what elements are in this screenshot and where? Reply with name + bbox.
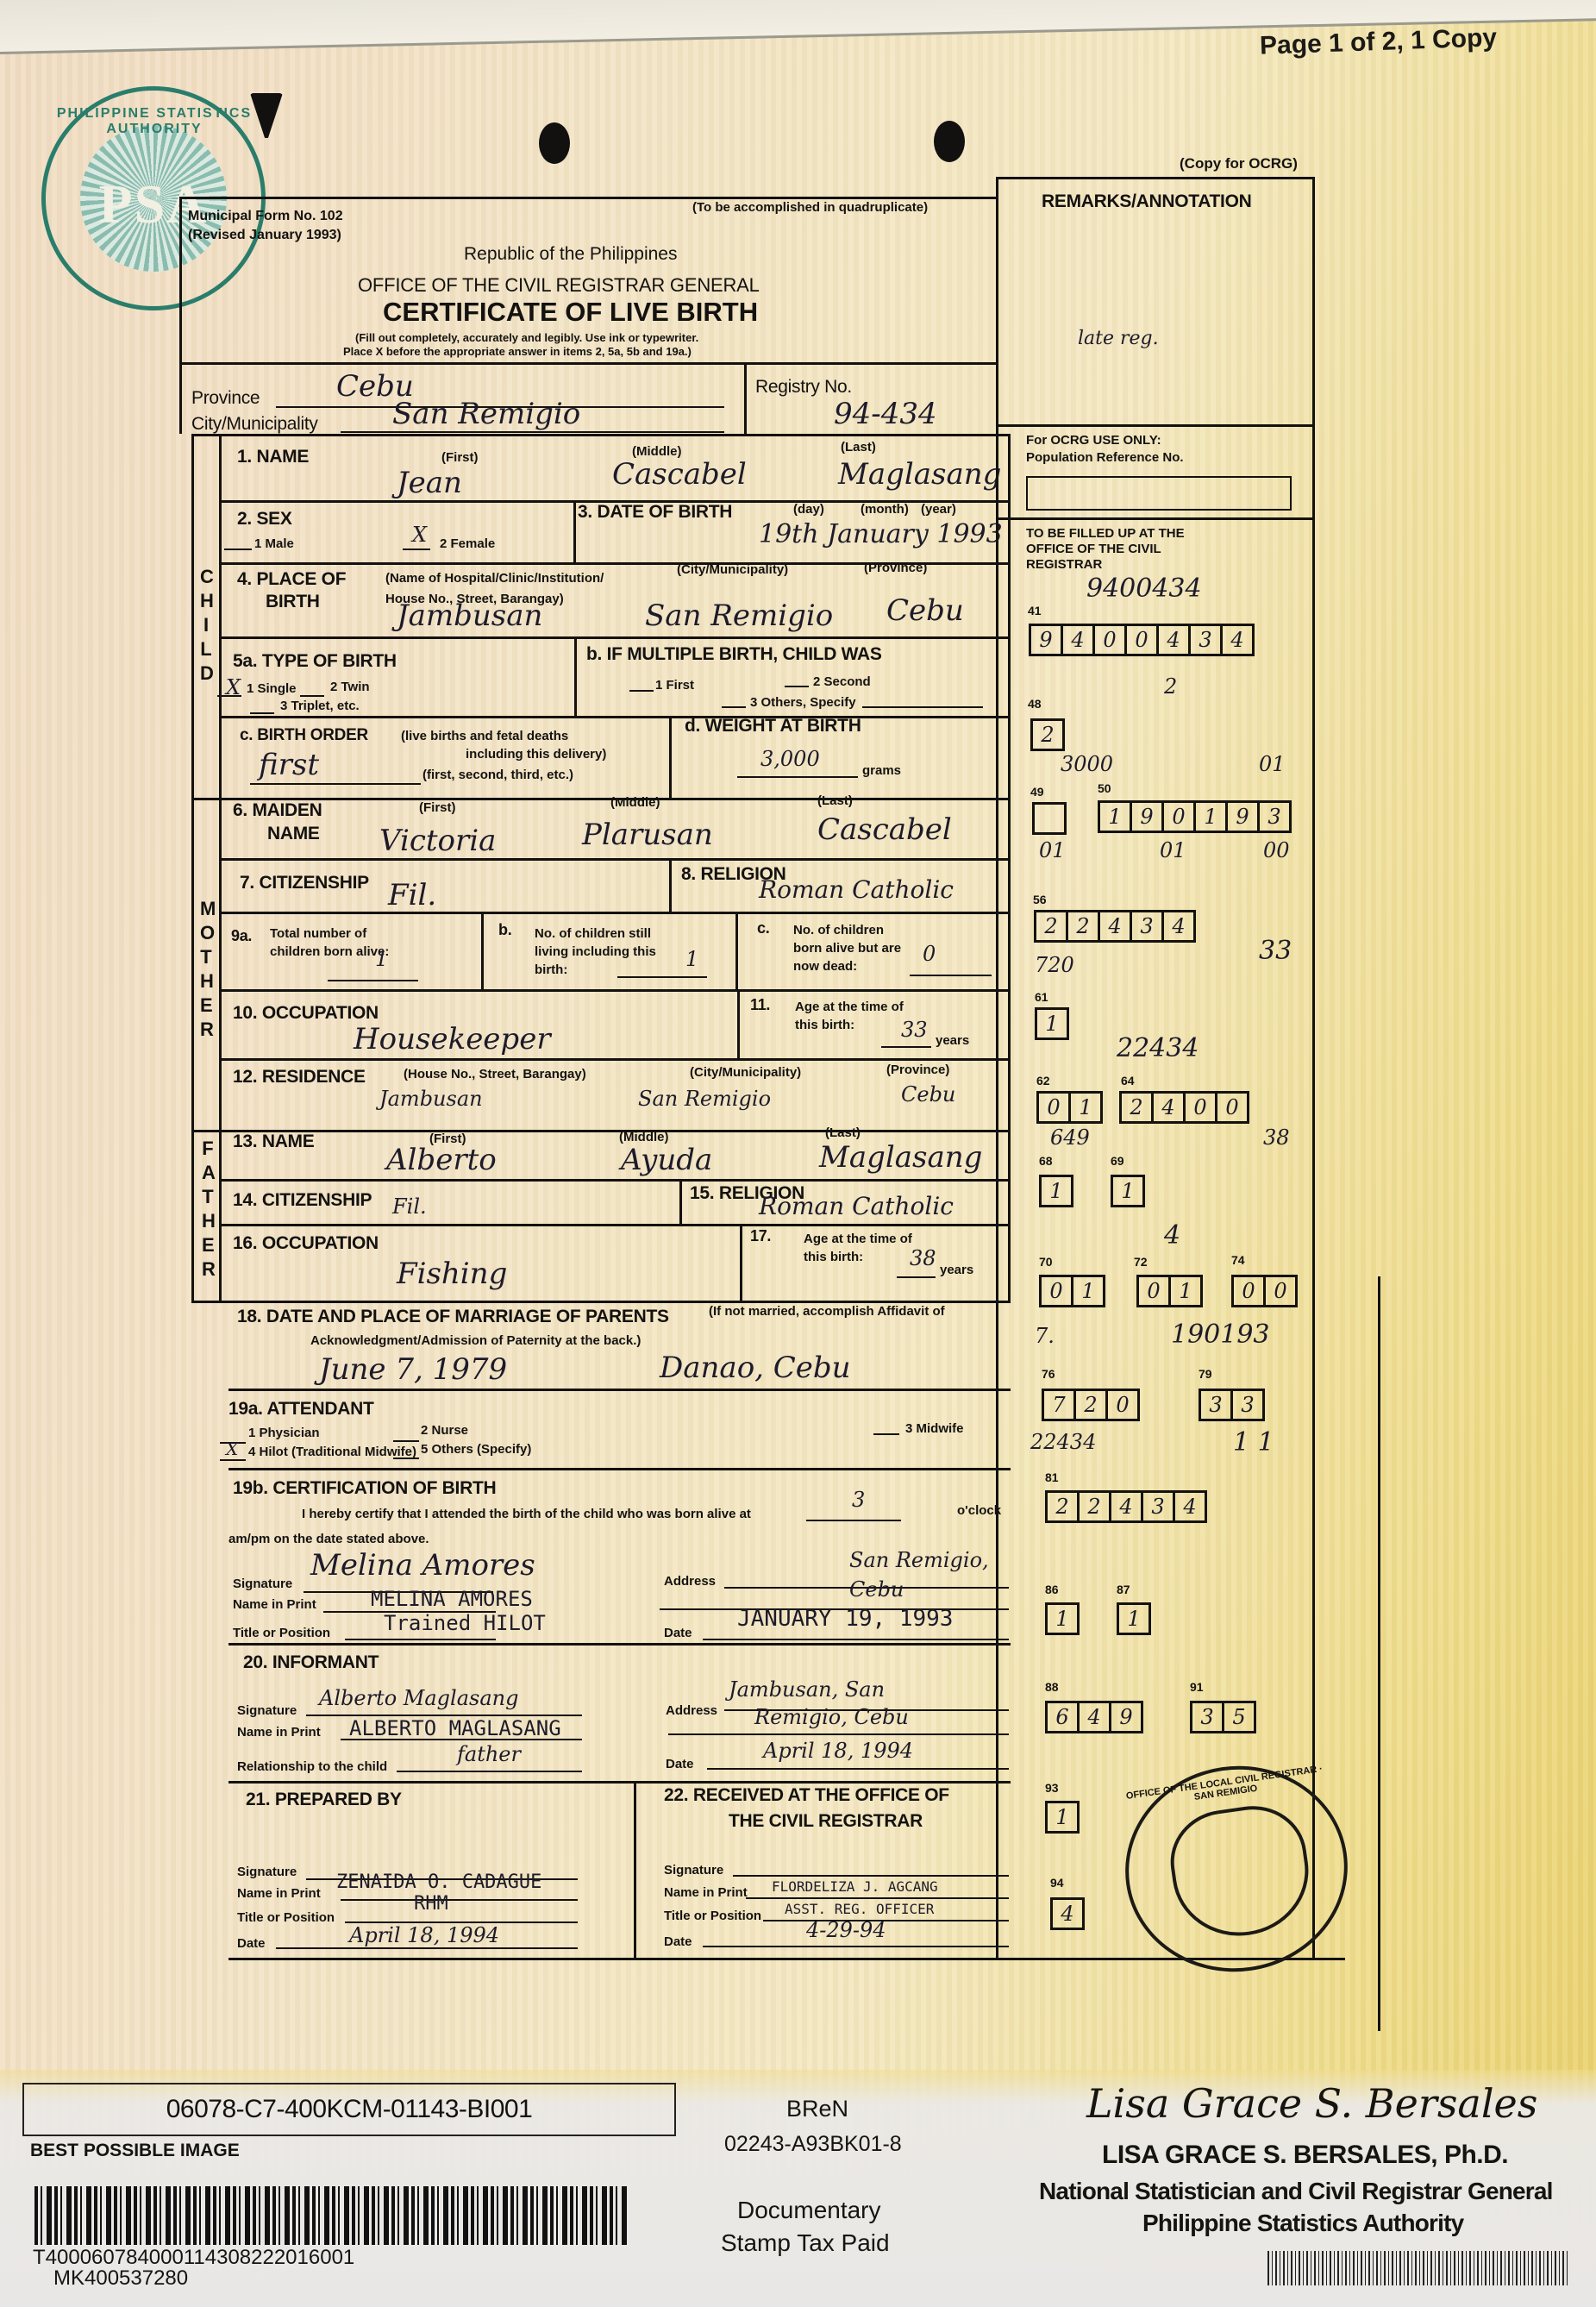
digit-box[interactable]: 0 bbox=[1105, 1389, 1140, 1421]
digit-box[interactable]: 4 bbox=[1151, 1091, 1186, 1124]
code-72-label: 72 bbox=[1134, 1255, 1148, 1269]
code-88-label: 88 bbox=[1045, 1680, 1059, 1694]
filled-up-label: TO BE FILLED UP AT THE bbox=[1026, 526, 1185, 541]
dst-label-2: Stamp Tax Paid bbox=[721, 2229, 890, 2257]
code-64-note-below-2: 38 bbox=[1263, 1125, 1290, 1150]
date-label: Date bbox=[664, 1626, 692, 1640]
receiver-title[interactable]: ASST. REG. OFFICER bbox=[785, 1901, 934, 1917]
father-age-label-no: 17. bbox=[750, 1227, 771, 1245]
dob-value[interactable]: 19th January 1993 bbox=[759, 519, 1003, 549]
code-87-boxes[interactable]: 1 bbox=[1117, 1602, 1151, 1635]
attendant-signature: Melina Amores bbox=[310, 1548, 535, 1583]
residence-city-hint: (City/Municipality) bbox=[690, 1065, 801, 1080]
code-86-boxes[interactable]: 1 bbox=[1045, 1602, 1080, 1635]
digit-box[interactable]: 3 bbox=[1141, 1490, 1175, 1523]
code-48-boxes[interactable]: 2 bbox=[1030, 718, 1065, 751]
agency-name: Philippine Statistics Authority bbox=[1142, 2210, 1463, 2237]
birth-order-value[interactable]: first bbox=[259, 748, 319, 782]
vertical-label: MOTHER bbox=[200, 897, 212, 1042]
child-middle-name[interactable]: Cascabel bbox=[612, 457, 747, 492]
blank bbox=[300, 695, 324, 697]
preparer-date[interactable]: April 18, 1994 bbox=[349, 1923, 499, 1947]
digit-box[interactable]: 2 bbox=[1045, 1490, 1080, 1523]
birth-order-hint-3: (first, second, third, etc.) bbox=[422, 768, 573, 782]
digit-box[interactable]: 1 bbox=[1045, 1602, 1080, 1635]
civil-registrar-seal-icon: OFFICE OF THE LOCAL CIVIL REGISTRAR · SA… bbox=[1112, 1752, 1361, 1986]
digit-box[interactable]: 1 bbox=[1117, 1602, 1151, 1635]
marriage-place-value[interactable]: Danao, Cebu bbox=[660, 1351, 851, 1385]
blank bbox=[722, 706, 746, 708]
birth-type-single[interactable]: 1 Single bbox=[247, 681, 297, 696]
multiple-birth-label: b. IF MULTIPLE BIRTH, CHILD WAS bbox=[586, 644, 882, 665]
blank bbox=[897, 1276, 936, 1278]
code-91-label: 91 bbox=[1190, 1680, 1204, 1694]
digit-box[interactable]: 0 bbox=[1263, 1275, 1298, 1307]
label-text: Age at the time of this birth: bbox=[795, 1000, 904, 1032]
registrar-general-name: LISA GRACE S. BERSALES, Ph.D. bbox=[1102, 2141, 1508, 2170]
mother-age-value[interactable]: 33 bbox=[901, 1018, 928, 1042]
birth-time-value[interactable]: 3 bbox=[852, 1488, 865, 1512]
mother-last-name[interactable]: Cascabel bbox=[817, 812, 952, 847]
code-79-note-below-2: 1 1 bbox=[1233, 1427, 1274, 1458]
digit-box[interactable]: 2 bbox=[1030, 718, 1065, 751]
digit-box[interactable]: 0 bbox=[1092, 624, 1127, 656]
receiver-name[interactable]: FLORDELIZA J. AGCANG bbox=[772, 1878, 938, 1895]
digit-box[interactable]: 1 bbox=[1111, 1175, 1145, 1207]
code-49-label: 49 bbox=[1030, 785, 1044, 799]
marriage-hint-2: Acknowledgment/Admission of Paternity at… bbox=[310, 1333, 641, 1348]
first-name-hint: (First) bbox=[441, 450, 479, 465]
first-name-hint: (First) bbox=[419, 800, 456, 815]
residence-place-value[interactable]: Jambusan bbox=[379, 1087, 483, 1111]
signature-label: Signature bbox=[237, 1703, 297, 1718]
code-94-label: 94 bbox=[1050, 1876, 1064, 1890]
digit-box[interactable]: 4 bbox=[1173, 1490, 1207, 1523]
code-88-boxes[interactable]: 649 bbox=[1045, 1701, 1143, 1733]
digit-box[interactable]: 4 bbox=[1061, 624, 1095, 656]
blank bbox=[617, 976, 707, 978]
best-image-note: BEST POSSIBLE IMAGE bbox=[30, 2141, 240, 2161]
informant-signature: Alberto Maglasang bbox=[319, 1686, 518, 1710]
attendant-mark[interactable]: X bbox=[226, 1439, 238, 1459]
divider bbox=[219, 636, 1011, 639]
date-label: Date bbox=[666, 1757, 694, 1771]
child-first-name[interactable]: Jean bbox=[397, 466, 462, 500]
quadruplicate-note: (To be accomplished in quadruplicate) bbox=[692, 200, 928, 215]
code-64-note-below: 649 bbox=[1050, 1125, 1090, 1150]
digit-box[interactable]: 0 bbox=[1183, 1091, 1217, 1124]
living-label-no: b. bbox=[498, 921, 511, 939]
right-column-border bbox=[996, 427, 998, 1958]
sex-option-female[interactable]: 2 Female bbox=[440, 536, 495, 551]
label-text: No. of children born alive but are now d… bbox=[793, 923, 901, 974]
divider bbox=[735, 912, 738, 989]
mother-citizenship-value[interactable]: Fil. bbox=[388, 878, 436, 912]
received-label-2: THE CIVIL REGISTRAR bbox=[729, 1811, 923, 1832]
female-blank bbox=[403, 549, 430, 550]
code-61-label: 61 bbox=[1035, 990, 1048, 1004]
sex-option-male[interactable]: 1 Male bbox=[254, 536, 294, 551]
blank bbox=[873, 1433, 899, 1435]
province-label: Province bbox=[191, 388, 260, 409]
ocrg-label-2: Population Reference No. bbox=[1026, 450, 1184, 465]
digit-box[interactable]: 0 bbox=[1231, 1275, 1266, 1307]
digit-box[interactable]: 1 bbox=[1193, 800, 1228, 833]
label-text: Total number of children born alive: bbox=[270, 926, 389, 959]
filled-up-label-2: OFFICE OF THE CIVIL bbox=[1026, 542, 1161, 556]
date-line bbox=[276, 1947, 578, 1949]
code-50-label: 50 bbox=[1098, 781, 1111, 795]
remarks-note[interactable]: late reg. bbox=[1078, 328, 1159, 349]
title-label: Title or Position bbox=[233, 1626, 330, 1640]
father-citizenship-label: 14. CITIZENSHIP bbox=[233, 1190, 372, 1211]
divider bbox=[481, 912, 484, 989]
born-alive-label: Total number of children born alive: bbox=[270, 925, 391, 961]
code-49-note: 3000 bbox=[1061, 752, 1113, 776]
digit-box[interactable]: 5 bbox=[1222, 1701, 1256, 1733]
code-79-label: 79 bbox=[1199, 1367, 1212, 1381]
pob-city-hint: (City/Municipality) bbox=[677, 562, 788, 577]
digit-box[interactable]: 4 bbox=[1109, 1490, 1143, 1523]
blank bbox=[785, 686, 809, 687]
code-70-note: 4 bbox=[1164, 1220, 1180, 1251]
prepared-by-label: 21. PREPARED BY bbox=[246, 1790, 402, 1810]
digit-box[interactable]: 2 bbox=[1119, 1091, 1154, 1124]
code-70-label: 70 bbox=[1039, 1255, 1053, 1269]
digit-box[interactable]: 0 bbox=[1215, 1091, 1249, 1124]
divider bbox=[574, 636, 577, 716]
digit-box[interactable]: 1 bbox=[1098, 800, 1132, 833]
name-in-print-label: Name in Print bbox=[237, 1886, 321, 1901]
order-line bbox=[250, 783, 421, 785]
code-62-note: 22434 bbox=[1117, 1033, 1199, 1063]
residence-hint: (House No., Street, Barangay) bbox=[404, 1067, 586, 1081]
attendant-hilot[interactable]: 4 Hilot (Traditional Midwife) bbox=[248, 1445, 416, 1459]
informant-date[interactable]: April 18, 1994 bbox=[763, 1739, 913, 1763]
code-50-note-below: 01 bbox=[1160, 838, 1186, 862]
pob-province-value[interactable]: Cebu bbox=[886, 593, 964, 628]
code-61-boxes[interactable]: 1 bbox=[1035, 1007, 1069, 1040]
multiple-first[interactable]: 1 First bbox=[655, 678, 694, 693]
informant-address-2[interactable]: Remigio, Cebu bbox=[754, 1705, 909, 1729]
code-69-boxes[interactable]: 1 bbox=[1111, 1175, 1145, 1207]
divider bbox=[669, 858, 672, 912]
name-in-print-label: Name in Print bbox=[237, 1725, 321, 1740]
digit-box[interactable]: 4 bbox=[1050, 1897, 1085, 1930]
multiple-others[interactable]: 3 Others, Specify bbox=[750, 695, 856, 710]
digit-box[interactable] bbox=[1032, 802, 1067, 835]
form-revised: (Revised January 1993) bbox=[188, 228, 341, 243]
living-value[interactable]: 1 bbox=[685, 947, 698, 971]
digit-box[interactable]: 0 bbox=[1036, 1091, 1071, 1124]
code-49-note-below: 01 bbox=[1039, 838, 1066, 862]
sex-mark[interactable]: X bbox=[412, 523, 427, 547]
digit-box[interactable]: 9 bbox=[1225, 800, 1260, 833]
maiden-name-label: 6. MAIDEN bbox=[233, 800, 322, 821]
digit-box[interactable]: 2 bbox=[1077, 1490, 1111, 1523]
mother-religion-value[interactable]: Roman Catholic bbox=[759, 875, 954, 904]
date-label: Date bbox=[237, 1936, 266, 1951]
certification-label: 19b. CERTIFICATION OF BIRTH bbox=[233, 1478, 496, 1499]
certification-text: I hereby certify that I attended the bir… bbox=[302, 1507, 751, 1521]
form-number: Municipal Form No. 102 bbox=[188, 209, 343, 224]
digit-box[interactable]: 7 bbox=[1042, 1389, 1076, 1421]
digit-box[interactable]: 9 bbox=[1109, 1701, 1143, 1733]
informant-address[interactable]: Jambusan, San bbox=[729, 1677, 885, 1702]
code-68-label: 68 bbox=[1039, 1154, 1053, 1168]
day-hint: (day) bbox=[793, 502, 824, 517]
digit-box[interactable]: 4 bbox=[1156, 624, 1191, 656]
divider bbox=[744, 362, 747, 434]
code-64-boxes[interactable]: 2400 bbox=[1119, 1091, 1249, 1124]
code-81-boxes[interactable]: 22434 bbox=[1045, 1490, 1207, 1523]
multiple-second[interactable]: 2 Second bbox=[813, 674, 871, 689]
divider bbox=[219, 1058, 1011, 1061]
page-indicator: Page 1 of 2, 1 Copy bbox=[1259, 23, 1497, 61]
digit-box[interactable]: 1 bbox=[1039, 1175, 1073, 1207]
barcode-icon bbox=[34, 2186, 629, 2245]
attendant-nurse[interactable]: 2 Nurse bbox=[421, 1423, 468, 1438]
divider bbox=[740, 1224, 742, 1303]
dead-label: No. of children born alive but are now d… bbox=[793, 921, 914, 975]
birth-weight-label: d. WEIGHT AT BIRTH bbox=[685, 716, 861, 737]
child-last-name[interactable]: Maglasang bbox=[838, 457, 1001, 492]
father-religion-value[interactable]: Roman Catholic bbox=[759, 1192, 954, 1220]
code-41-boxes[interactable]: 9400434 bbox=[1029, 624, 1255, 656]
digit-box[interactable]: 3 bbox=[1190, 1701, 1224, 1733]
father-citizenship-value[interactable]: Fil. bbox=[392, 1194, 427, 1219]
instructions-line-1: (Fill out completely, accurately and leg… bbox=[355, 331, 698, 344]
label-text: No. of children still living including t… bbox=[535, 926, 656, 977]
male-blank bbox=[224, 549, 252, 550]
father-last-name[interactable]: Maglasang bbox=[819, 1140, 982, 1175]
informant-name[interactable]: ALBERTO MAGLASANG bbox=[349, 1716, 561, 1740]
code-93-label: 93 bbox=[1045, 1781, 1059, 1795]
digit-box[interactable]: 1 bbox=[1068, 1091, 1103, 1124]
code-50-boxes[interactable]: 190193 bbox=[1098, 800, 1292, 833]
address-label: Address bbox=[664, 1574, 716, 1589]
last-name-hint: (Last) bbox=[841, 440, 876, 455]
mother-citizenship-label: 7. CITIZENSHIP bbox=[240, 873, 369, 893]
digit-box[interactable]: 0 bbox=[1124, 624, 1159, 656]
mother-occupation-value[interactable]: Housekeeper bbox=[354, 1022, 551, 1056]
digit-box[interactable]: 1 bbox=[1071, 1275, 1105, 1307]
divider bbox=[179, 362, 998, 365]
code-56-boxes[interactable]: 22434 bbox=[1034, 910, 1196, 943]
year-hint: (year) bbox=[921, 502, 956, 517]
code-72-boxes[interactable]: 01 bbox=[1136, 1275, 1203, 1307]
blank bbox=[910, 975, 992, 976]
birth-weight-value[interactable]: 3,000 bbox=[760, 747, 820, 771]
dead-value[interactable]: 0 bbox=[923, 942, 936, 966]
code-50-note: 01 bbox=[1259, 752, 1286, 776]
code-62-boxes[interactable]: 01 bbox=[1036, 1091, 1103, 1124]
informant-relationship[interactable]: father bbox=[457, 1742, 521, 1766]
digit-box[interactable]: 6 bbox=[1045, 1701, 1080, 1733]
code-93-boxes[interactable]: 1 bbox=[1045, 1801, 1080, 1834]
mother-section-label: MOTHER bbox=[193, 897, 219, 1042]
divider bbox=[219, 989, 1011, 992]
relationship-line bbox=[397, 1771, 582, 1772]
digit-box[interactable]: 0 bbox=[1039, 1275, 1073, 1307]
code-56-note-below: 720 bbox=[1035, 953, 1074, 977]
signature-label: Signature bbox=[664, 1863, 723, 1878]
registrar-general-signature: Lisa Grace S. Bersales bbox=[1086, 2080, 1537, 2127]
seal-shield bbox=[1164, 1799, 1317, 1945]
divider bbox=[219, 912, 1011, 914]
living-label: No. of children still living including t… bbox=[535, 925, 662, 979]
divider bbox=[219, 716, 1011, 718]
digit-box[interactable]: 3 bbox=[1130, 910, 1164, 943]
digit-box[interactable]: 4 bbox=[1220, 624, 1255, 656]
date-label: Date bbox=[664, 1934, 692, 1949]
attendant-address-2[interactable]: Cebu bbox=[849, 1577, 904, 1602]
month-hint: (month) bbox=[861, 502, 909, 517]
preparer-title[interactable]: RHM bbox=[414, 1893, 448, 1915]
attendant-physician[interactable]: 1 Physician bbox=[248, 1426, 320, 1440]
pob-place-value[interactable]: Jambusan bbox=[397, 599, 542, 633]
attendant-label: 19a. ATTENDANT bbox=[228, 1399, 374, 1420]
marriage-label: 18. DATE AND PLACE OF MARRIAGE OF PARENT… bbox=[237, 1307, 669, 1327]
seal-ring-text: OFFICE OF THE LOCAL CIVIL REGISTRAR · SA… bbox=[1117, 1763, 1333, 1814]
last-name-hint: (Last) bbox=[825, 1125, 861, 1140]
code-68-boxes[interactable]: 1 bbox=[1039, 1175, 1073, 1207]
dob-label: 3. DATE OF BIRTH bbox=[578, 502, 732, 523]
digit-box[interactable]: 3 bbox=[1188, 624, 1223, 656]
code-69-label: 69 bbox=[1111, 1154, 1124, 1168]
population-reference-field[interactable] bbox=[1026, 476, 1292, 511]
registry-value[interactable]: 94-434 bbox=[834, 397, 937, 431]
attendant-date[interactable]: JANUARY 19, 1993 bbox=[737, 1606, 953, 1632]
father-age-value[interactable]: 38 bbox=[910, 1246, 936, 1270]
name-line bbox=[746, 1897, 1009, 1899]
code-49-boxes[interactable] bbox=[1032, 802, 1067, 835]
residence-province-value[interactable]: Cebu bbox=[901, 1082, 955, 1106]
divider bbox=[996, 517, 1315, 520]
digit-box[interactable]: 3 bbox=[1199, 1389, 1233, 1421]
code-74-boxes[interactable]: 00 bbox=[1231, 1275, 1298, 1307]
birth-type-triplet[interactable]: 3 Triplet, etc. bbox=[280, 699, 360, 713]
residence-city-value[interactable]: San Remigio bbox=[638, 1087, 771, 1111]
code-74-label: 74 bbox=[1231, 1253, 1245, 1267]
weight-unit: grams bbox=[862, 763, 901, 778]
code-81-label: 81 bbox=[1045, 1470, 1059, 1484]
code-70-boxes[interactable]: 01 bbox=[1039, 1275, 1105, 1307]
code-94-boxes[interactable]: 4 bbox=[1050, 1897, 1085, 1930]
preparer-name[interactable]: ZENAIDA O. CADAGUE bbox=[336, 1871, 541, 1893]
digit-box[interactable]: 3 bbox=[1257, 800, 1292, 833]
digit-box[interactable]: 9 bbox=[1130, 800, 1164, 833]
code-64-label: 64 bbox=[1121, 1074, 1135, 1088]
marriage-date-value[interactable]: June 7, 1979 bbox=[319, 1352, 507, 1387]
digit-box[interactable]: 0 bbox=[1136, 1275, 1171, 1307]
date-line bbox=[703, 1639, 1009, 1640]
digit-box[interactable]: 1 bbox=[1168, 1275, 1203, 1307]
receiver-date[interactable]: 4-29-94 bbox=[806, 1918, 886, 1942]
digit-box[interactable]: 1 bbox=[1045, 1801, 1080, 1834]
code-74-note-below-2: 190193 bbox=[1171, 1320, 1270, 1350]
divider bbox=[228, 1781, 1011, 1784]
code-79-note-below: 22434 bbox=[1030, 1430, 1096, 1454]
digit-box[interactable]: 0 bbox=[1161, 800, 1196, 833]
code-91-boxes[interactable]: 35 bbox=[1190, 1701, 1256, 1733]
divider bbox=[737, 989, 740, 1058]
maiden-name-label-2: NAME bbox=[267, 824, 320, 844]
birth-type-mark[interactable]: X bbox=[226, 675, 241, 699]
specify-line bbox=[862, 706, 983, 708]
middle-name-hint: (Middle) bbox=[610, 795, 660, 810]
mother-middle-name[interactable]: Plarusan bbox=[582, 818, 713, 852]
digit-box[interactable]: 4 bbox=[1098, 910, 1132, 943]
divider bbox=[679, 1179, 682, 1224]
republic-heading: Republic of the Philippines bbox=[464, 244, 678, 265]
attendant-name[interactable]: MELINA AMORES bbox=[371, 1587, 533, 1611]
registry-label: Registry No. bbox=[755, 377, 852, 398]
blank bbox=[393, 1440, 419, 1442]
right-column-border bbox=[1312, 427, 1315, 1958]
digit-box[interactable]: 3 bbox=[1230, 1389, 1265, 1421]
divider bbox=[219, 1179, 1011, 1182]
birth-order-hint: (live births and fetal deaths bbox=[401, 729, 568, 743]
address-line-2 bbox=[668, 1733, 1009, 1735]
relationship-label: Relationship to the child bbox=[237, 1759, 387, 1774]
sex-label: 2. SEX bbox=[237, 509, 292, 530]
instructions-line-2: Place X before the appropriate answer in… bbox=[343, 345, 692, 358]
digit-box[interactable]: 2 bbox=[1034, 910, 1068, 943]
name-in-print-label: Name in Print bbox=[233, 1597, 316, 1612]
father-middle-name[interactable]: Ayuda bbox=[621, 1143, 712, 1177]
code-41-note: 9400434 bbox=[1086, 574, 1202, 604]
attendant-address[interactable]: San Remigio, bbox=[849, 1548, 989, 1572]
divider bbox=[573, 500, 576, 562]
divider bbox=[228, 1468, 1011, 1470]
city-value[interactable]: San Remigio bbox=[392, 397, 580, 431]
date-line bbox=[703, 1946, 1009, 1947]
attendant-others[interactable]: 5 Others (Specify) bbox=[421, 1442, 531, 1457]
father-first-name[interactable]: Alberto bbox=[386, 1143, 497, 1177]
blank bbox=[881, 1046, 931, 1048]
code-50-note-below-2: 00 bbox=[1263, 838, 1290, 862]
remarks-box bbox=[996, 177, 1315, 427]
divider bbox=[228, 1643, 1011, 1646]
title-label: Title or Position bbox=[237, 1910, 335, 1925]
pob-city-value[interactable]: San Remigio bbox=[645, 599, 833, 633]
digit-box[interactable]: 2 bbox=[1073, 1389, 1108, 1421]
digit-box[interactable]: 2 bbox=[1066, 910, 1100, 943]
attendant-title[interactable]: Trained HILOT bbox=[384, 1611, 546, 1635]
date-line bbox=[707, 1768, 1009, 1770]
label-text: Age at the time of this birth: bbox=[804, 1232, 912, 1264]
father-occupation-value[interactable]: Fishing bbox=[397, 1257, 507, 1291]
code-86-label: 86 bbox=[1045, 1583, 1059, 1596]
mother-first-name[interactable]: Victoria bbox=[379, 824, 496, 858]
code-48-note: 2 bbox=[1164, 674, 1177, 699]
code-76-boxes[interactable]: 720 bbox=[1042, 1389, 1140, 1421]
birth-order-label: c. BIRTH ORDER bbox=[240, 726, 368, 745]
attendant-midwife[interactable]: 3 Midwife bbox=[905, 1421, 964, 1436]
birth-type-twin[interactable]: 2 Twin bbox=[330, 680, 370, 694]
digit-box[interactable]: 4 bbox=[1077, 1701, 1111, 1733]
digit-box[interactable]: 4 bbox=[1161, 910, 1196, 943]
digit-box[interactable]: 1 bbox=[1035, 1007, 1069, 1040]
residence-province-hint: (Province) bbox=[886, 1063, 949, 1077]
pob-hint: (Name of Hospital/Clinic/Institution/ bbox=[385, 571, 604, 586]
code-79-boxes[interactable]: 33 bbox=[1199, 1389, 1265, 1421]
bren-label: BReN bbox=[786, 2096, 848, 2122]
name-in-print-label: Name in Print bbox=[664, 1885, 748, 1900]
born-alive-value[interactable]: 1 bbox=[375, 947, 388, 971]
digit-box[interactable]: 9 bbox=[1029, 624, 1063, 656]
